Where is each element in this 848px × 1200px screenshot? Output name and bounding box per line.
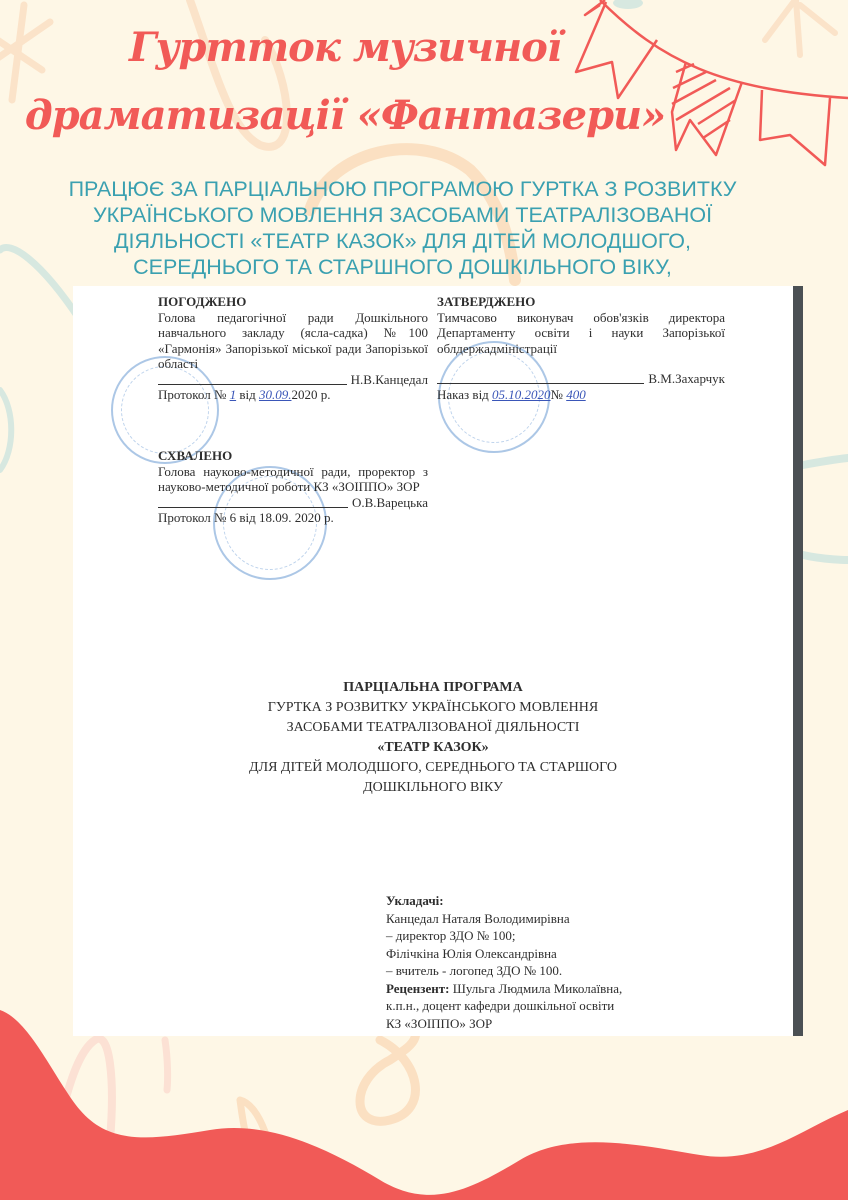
agreed-heading: ПОГОДЖЕНО xyxy=(158,294,428,310)
program-name: «Театр казок» xyxy=(73,738,793,758)
author-role: – вчитель - логопед ЗДО № 100. xyxy=(386,962,706,980)
program-line: дошкільного віку xyxy=(73,778,793,798)
subtitle-line: Працює за парціальною програмою гуртка з… xyxy=(0,176,805,202)
protocol-line: Протокол № 1 від 30.09.2020 р. xyxy=(158,387,428,403)
approval-block-approved: ЗАТВЕРДЖЕНО Тимчасово виконувач обов'язк… xyxy=(437,294,725,402)
order-line: Наказ від 05.10.2020№ 400 xyxy=(437,387,725,403)
scanned-document: ПОГОДЖЕНО Голова педагогічної ради Дошкі… xyxy=(73,286,793,1036)
program-title-block: Парціальна програма гуртка з розвитку ук… xyxy=(73,678,793,798)
agreed-text: Голова педагогічної ради Дошкільного нав… xyxy=(158,310,428,372)
signature-line: В.М.Захарчук xyxy=(437,371,725,387)
subtitle-line: діяльності «Театр казок» для дітей молод… xyxy=(0,228,805,254)
approved-text: Тимчасово виконувач обов'язків директора… xyxy=(437,310,725,357)
bottom-wave-decoration xyxy=(0,1000,848,1200)
author-name: Філічкіна Юлія Олександрівна xyxy=(386,945,706,963)
signature-line: О.В.Варецька xyxy=(158,495,428,511)
approval-block-endorsed: СХВАЛЕНО Голова науково-методичної ради,… xyxy=(158,448,428,526)
protocol-line: Протокол № 6 від 18.09. 2020 р. xyxy=(158,510,428,526)
signer-name: В.М.Захарчук xyxy=(648,371,725,387)
bunting-decoration xyxy=(576,0,848,165)
reviewer-line: Рецензент: Шульга Людмила Миколаївна, xyxy=(386,980,706,998)
program-title: Парціальна програма xyxy=(73,678,793,698)
author-name: Канцедал Наталя Володимирівна xyxy=(386,910,706,928)
page-title-line2: драматизації «Фантазери» xyxy=(0,96,695,136)
signature-line: Н.В.Канцедал xyxy=(158,372,428,388)
signer-name: О.В.Варецька xyxy=(352,495,428,511)
subtitle-line: українського мовлення засобами театраліз… xyxy=(0,202,805,228)
endorsed-text: Голова науково-методичної ради, проректо… xyxy=(158,464,428,495)
program-line: гуртка з розвитку українського мовлення xyxy=(73,698,793,718)
program-line: засобами театралізованої діяльності xyxy=(73,718,793,738)
subtitle-line: середнього та старшного дошкільного віку… xyxy=(0,254,805,280)
document-edge xyxy=(793,286,803,1036)
approved-heading: ЗАТВЕРДЖЕНО xyxy=(437,294,725,310)
program-subtitle: Працює за парціальною програмою гуртка з… xyxy=(0,176,805,280)
page-title-line1: Гуртток музичної xyxy=(0,28,695,68)
signer-name: Н.В.Канцедал xyxy=(351,372,428,388)
approval-block-agreed: ПОГОДЖЕНО Голова педагогічної ради Дошкі… xyxy=(158,294,428,403)
authors-label: Укладачі: xyxy=(386,892,706,910)
program-line: для дітей молодшого, середнього та старш… xyxy=(73,758,793,778)
asterisk-icon xyxy=(765,0,835,55)
endorsed-heading: СХВАЛЕНО xyxy=(158,448,428,464)
author-role: – директор ЗДО № 100; xyxy=(386,927,706,945)
